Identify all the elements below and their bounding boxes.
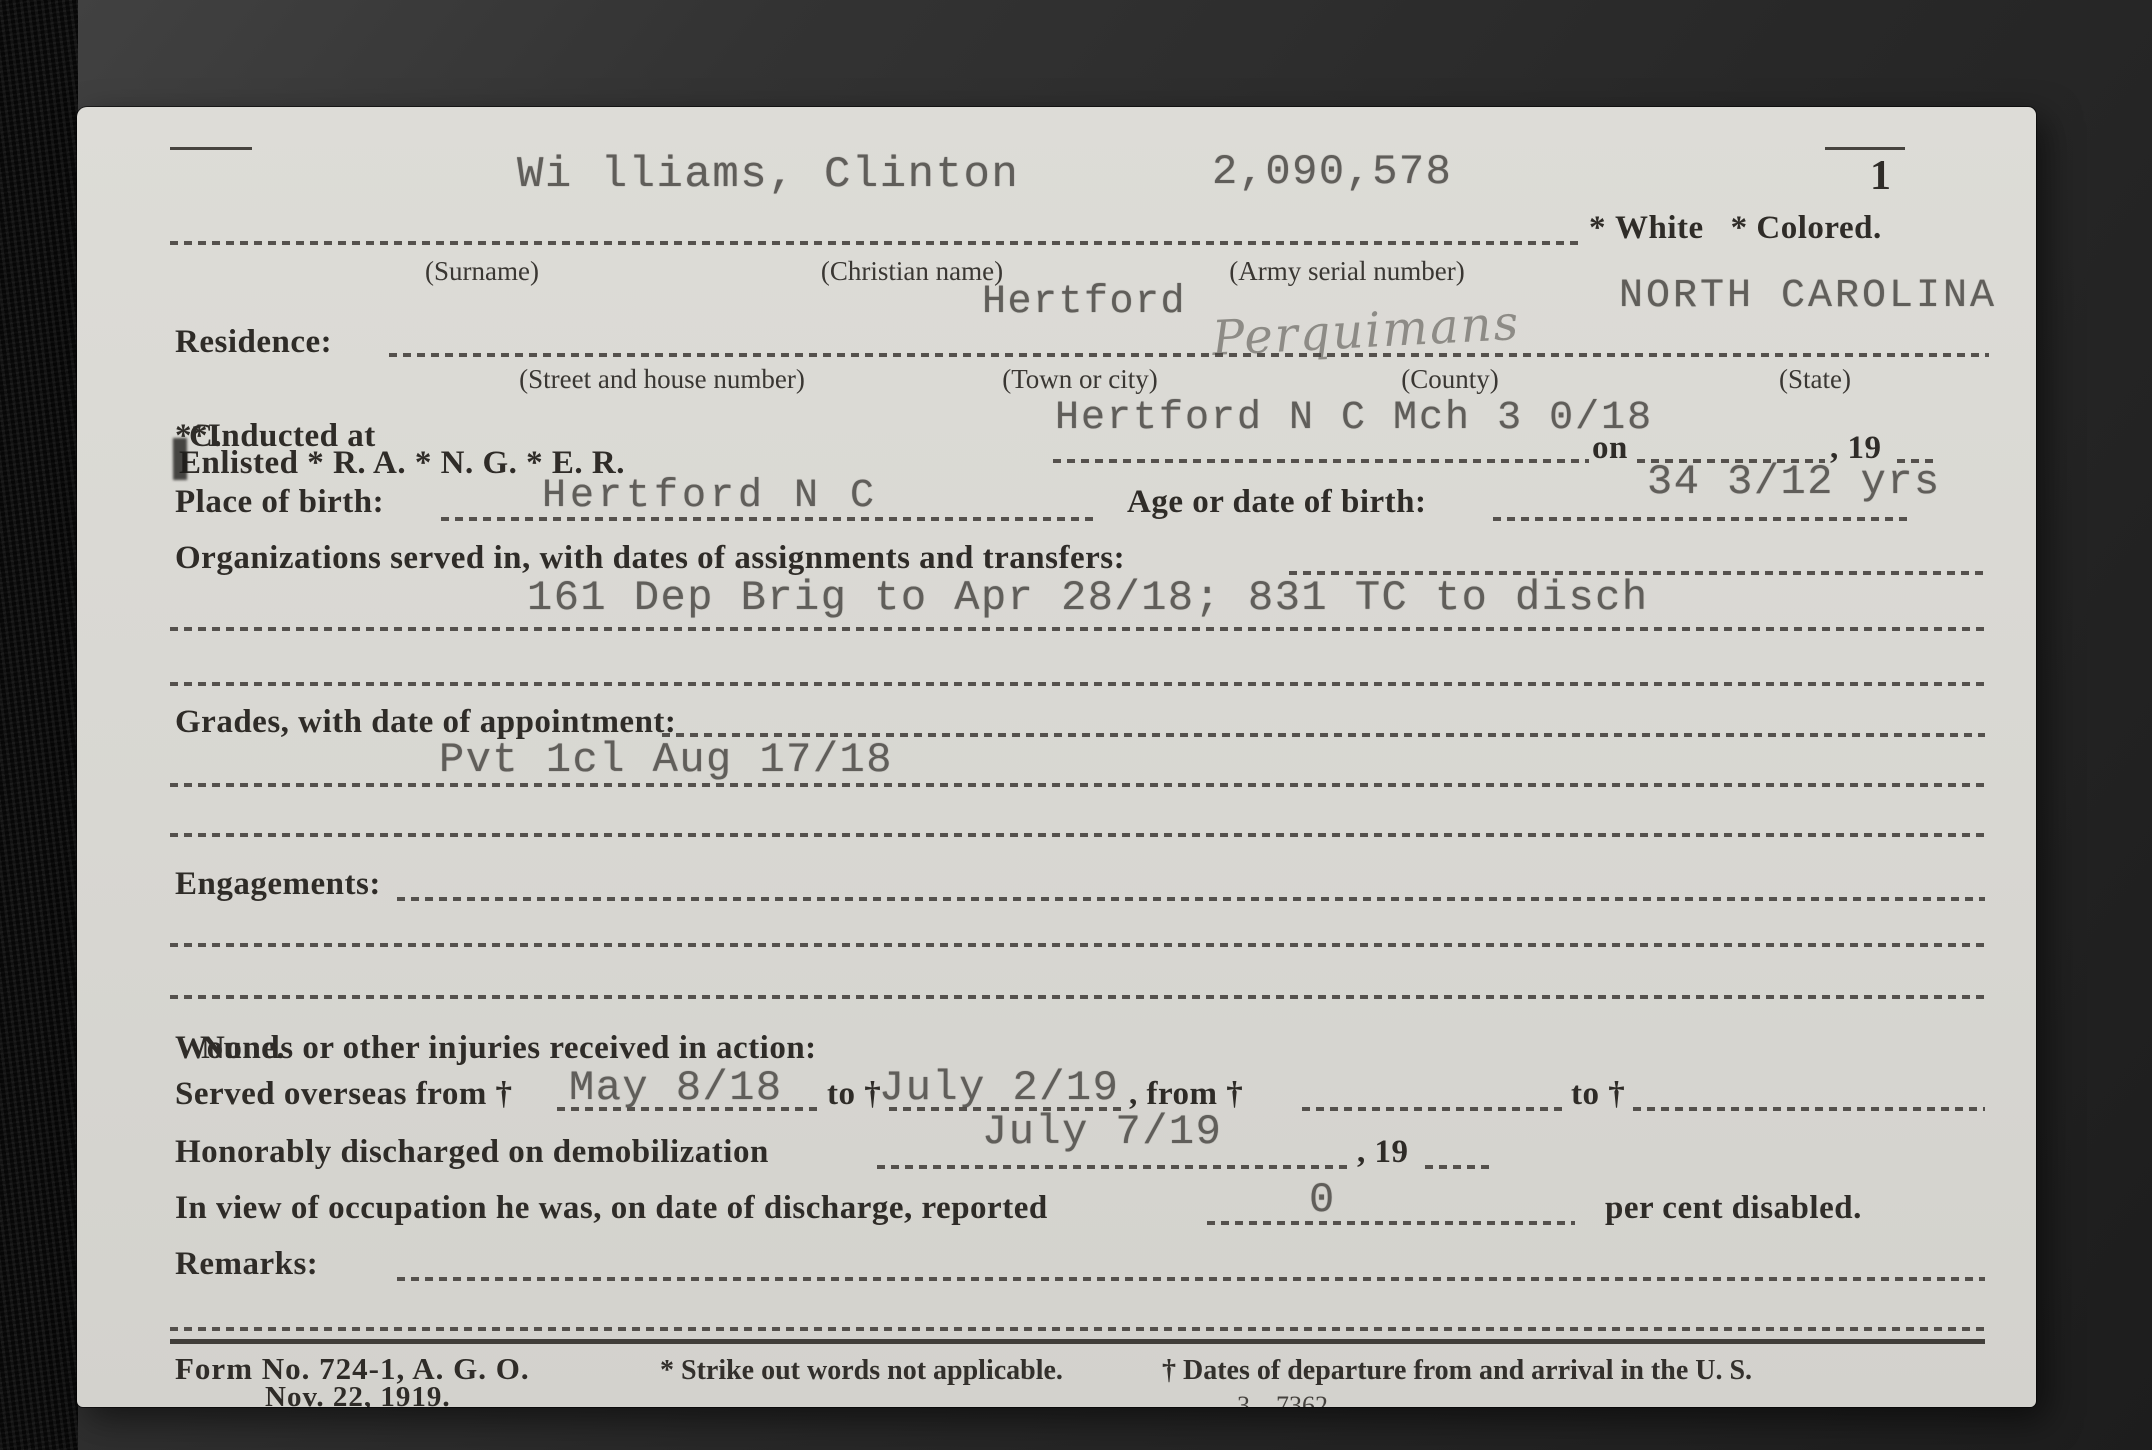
street-label: (Street and house number): [512, 365, 812, 393]
discharge-rule: [877, 1165, 1349, 1169]
discharge-year-rule: [1425, 1165, 1495, 1169]
inducted-place-rule: [1053, 459, 1589, 463]
served-overseas-label: Served overseas from †: [175, 1077, 513, 1112]
strikeout-bar: [173, 438, 187, 480]
engagements-rule-3: [170, 995, 1985, 999]
organizations-label: Organizations served in, with dates of a…: [175, 541, 1125, 576]
engagements-rule-2: [170, 943, 1985, 947]
disability-value-typed: 0: [1309, 1179, 1336, 1221]
scan-left-black-strip: [0, 0, 78, 1450]
bottom-dotted-rule: [170, 1327, 1985, 1331]
inducted-at-label: *Inducted at: [191, 419, 376, 454]
grades-rule-2: [170, 783, 1985, 787]
print-code: 3—7362: [1237, 1393, 1328, 1407]
residence-label: Residence:: [175, 325, 332, 360]
discharge-label: Honorably discharged on demobilization: [175, 1135, 769, 1170]
state-label: (State): [1725, 365, 1905, 393]
corner-tick-line: [170, 147, 252, 150]
form-number: Form No. 724-1, A. G. O.: [175, 1353, 530, 1384]
form-date: Nov. 22, 1919.: [265, 1383, 451, 1407]
scanned-document-page: Wi lliams, Clinton 2,090,578 1 *White* C…: [0, 0, 2152, 1450]
page-number: 1: [1870, 155, 1891, 197]
age-typed: 34 3/12 yrs: [1647, 461, 1941, 503]
race-star-1: *: [1589, 210, 1606, 246]
bottom-solid-rule: [170, 1339, 1985, 1344]
race-white-text: White: [1615, 210, 1704, 246]
discharge-date-typed: July 7/19: [982, 1111, 1222, 1153]
race-options-line: *White* Colored.: [1589, 211, 1891, 246]
age-or-date-of-birth-label: Age or date of birth:: [1127, 485, 1427, 520]
overseas-to2-rule: [1633, 1107, 1985, 1111]
overseas-to2-label: to †: [1571, 1077, 1625, 1112]
strike-out-note: * Strike out words not applicable.: [660, 1357, 1063, 1385]
race-option-white: White: [1615, 211, 1722, 246]
overseas-from2-label: , from †: [1129, 1077, 1243, 1112]
army-serial-number-label: (Army serial number): [1207, 257, 1487, 285]
page-number-overline: [1825, 147, 1905, 150]
county-label: (County): [1350, 365, 1550, 393]
engagements-rule-1: [397, 897, 1985, 901]
enlistment-options-line: *Enlisted * R. A. * N. G. * E. R.C.*Indu…: [175, 419, 179, 454]
discharge-year-label: , 19: [1357, 1135, 1409, 1170]
organizations-entry-typed: 161 Dep Brig to Apr 28/18; 831 TC to dis…: [527, 577, 1649, 619]
soldier-name-typed: Wi lliams, Clinton: [517, 153, 1019, 197]
surname-label: (Surname): [377, 257, 587, 285]
grades-rule-3: [170, 833, 1985, 837]
age-rule: [1493, 517, 1913, 521]
race-option-colored: * Colored.: [1731, 210, 1882, 246]
disability-suffix: per cent disabled.: [1605, 1191, 1862, 1226]
dagger-note: † Dates of departure from and arrival in…: [1162, 1357, 1752, 1385]
inducted-place-date-typed: Hertford N C Mch 3 0/18: [1055, 399, 1653, 439]
wounds-value: None.: [201, 1031, 285, 1066]
town-or-city-label: (Town or city): [955, 365, 1205, 393]
place-of-birth-label: Place of birth:: [175, 485, 384, 520]
organizations-rule-3: [170, 682, 1985, 686]
overseas-to-typed: July 2/19: [879, 1067, 1119, 1109]
residence-state-typed: NORTH CAROLINA: [1619, 277, 1997, 317]
remarks-label: Remarks:: [175, 1247, 318, 1282]
military-service-record-card: Wi lliams, Clinton 2,090,578 1 *White* C…: [77, 107, 2036, 1407]
overseas-to-label: to †: [827, 1077, 881, 1112]
disability-rule: [1207, 1221, 1575, 1225]
overseas-from2-rule: [1302, 1107, 1564, 1111]
residence-line-rule: [389, 353, 1989, 357]
overseas-from-typed: May 8/18: [569, 1067, 783, 1109]
remarks-rule: [397, 1277, 1985, 1281]
organizations-rule-2: [170, 627, 1985, 631]
grades-label: Grades, with date of appointment:: [175, 705, 676, 740]
inducted-on-label: on: [1592, 431, 1628, 466]
disability-label: In view of occupation he was, on date of…: [175, 1191, 1048, 1226]
place-of-birth-typed: Hertford N C: [542, 477, 878, 517]
engagements-label: Engagements:: [175, 867, 381, 902]
residence-town-typed: Hertford: [982, 283, 1186, 323]
grades-entry-typed: Pvt 1cl Aug 17/18: [439, 739, 893, 781]
army-serial-number-typed: 2,090,578: [1212, 151, 1452, 193]
name-line-rule: [170, 241, 1583, 245]
place-of-birth-rule: [441, 517, 1096, 521]
